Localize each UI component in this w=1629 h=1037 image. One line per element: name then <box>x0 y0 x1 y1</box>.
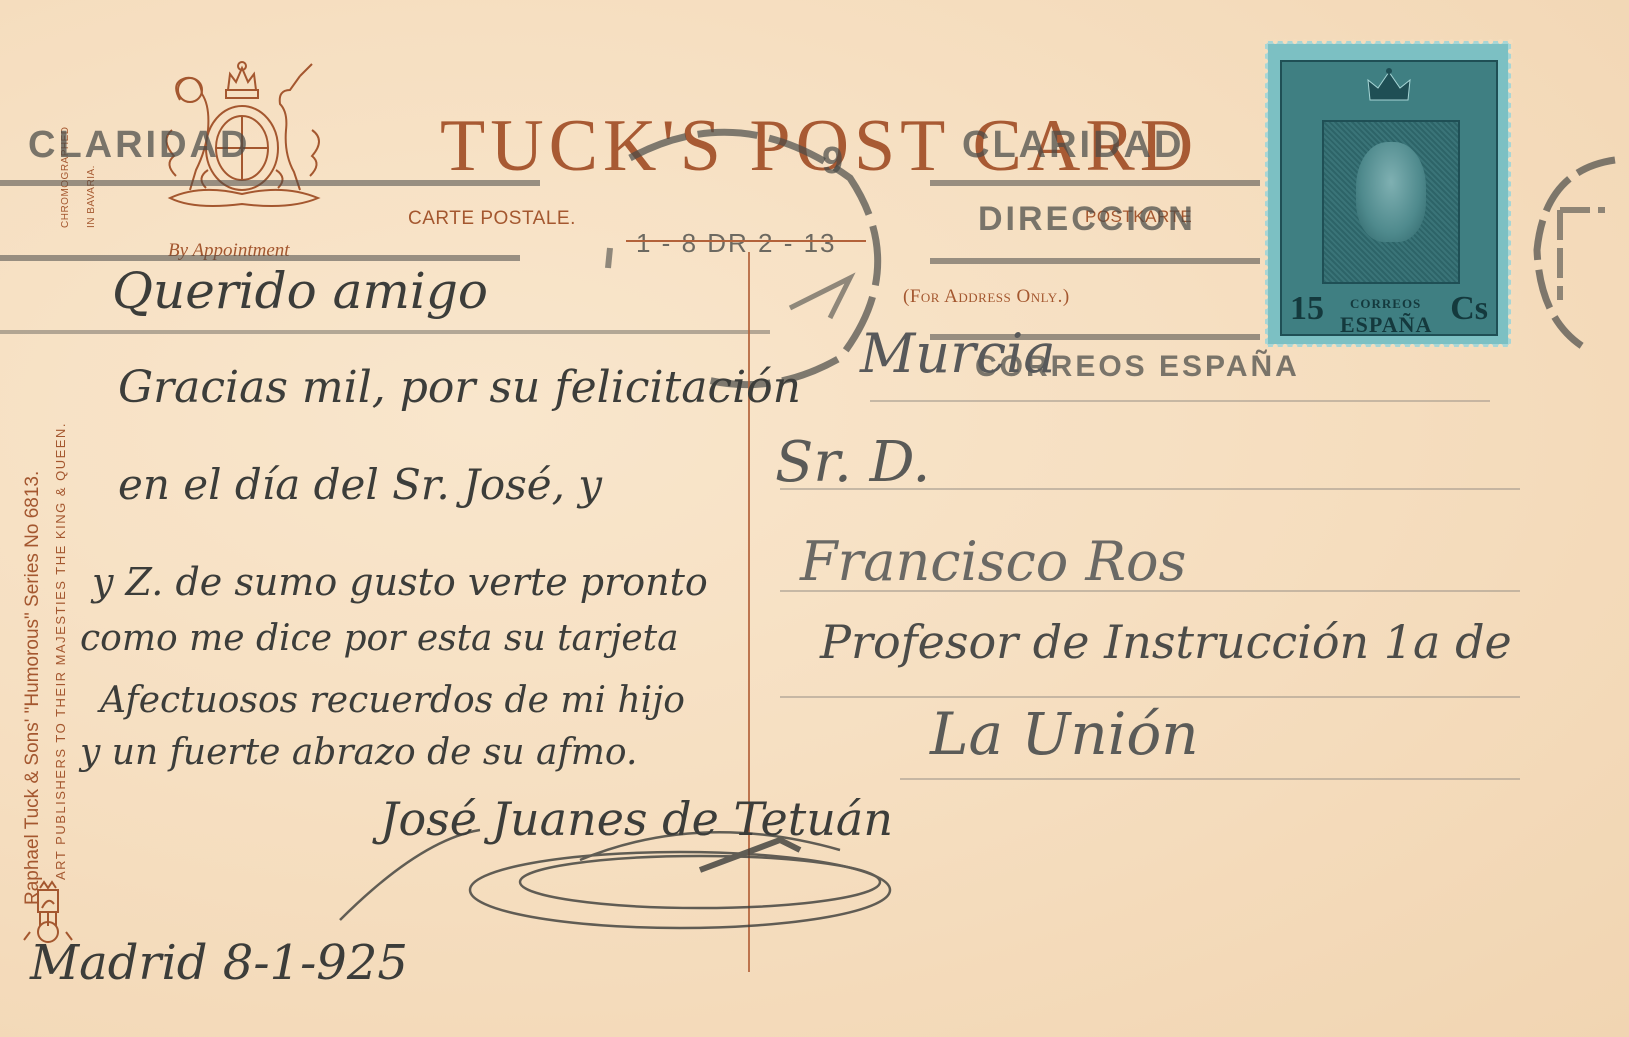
address-line <box>780 696 1520 698</box>
address-title: Profesor de Instrucción 1a de <box>820 615 1512 669</box>
message-line: como me dice por esta su tarjeta <box>80 618 679 659</box>
message-line: Gracias mil, por su felicitación <box>118 362 801 413</box>
stamp-value: 15 <box>1290 290 1324 328</box>
cancel-bar <box>930 258 1260 264</box>
stamp-country: ESPAÑA <box>1340 312 1432 338</box>
signature-flourish <box>280 820 920 940</box>
series-imprint: Raphael Tuck & Sons' "Humorous" Series N… <box>22 471 44 905</box>
address-city: Murcia <box>860 322 1056 385</box>
stamp-currency: Cs <box>1450 290 1488 328</box>
cancel-slogan-right: CLARIDAD <box>962 124 1184 167</box>
address-name: Francisco Ros <box>800 530 1186 593</box>
cancel-bar <box>0 255 520 261</box>
place-date: Madrid 8-1-925 <box>30 935 408 991</box>
message-line: y Z. de sumo gusto verte pronto <box>92 560 708 604</box>
for-address-only-label: (For Address Only.) <box>903 286 1070 308</box>
message-line: y un fuerte abrazo de su afmo. <box>80 732 637 773</box>
greeting: Querido amigo <box>112 262 488 320</box>
stamp-portrait <box>1322 120 1460 284</box>
address-line <box>870 400 1490 402</box>
publishers-imprint: ART PUBLISHERS TO THEIR MAJESTIES THE KI… <box>53 422 68 880</box>
carte-postale-label: CARTE POSTALE. <box>408 208 576 230</box>
cancel-direccion: DIRECCION <box>978 200 1196 239</box>
message-line: en el día del Sr. José, y <box>118 460 602 509</box>
crown-icon <box>1364 66 1414 106</box>
divider-top <box>626 240 866 242</box>
cancel-slogan-left: CLARIDAD <box>28 124 250 167</box>
circular-postmark-right <box>1515 150 1629 350</box>
address-honorific: Sr. D. <box>775 430 930 495</box>
postmark-circle-number: 9 <box>822 140 843 183</box>
address-town: La Unión <box>930 700 1199 768</box>
king-portrait-icon <box>1356 142 1426 242</box>
message-line: Afectuosos recuerdos de mi hijo <box>100 680 685 721</box>
stamp-frame: 15 Cs CORREOS ESPAÑA <box>1280 60 1498 336</box>
address-line <box>900 778 1520 780</box>
postcard: TUCK'S POST CARD CARTE POSTALE. POSTKART… <box>0 0 1629 1037</box>
postmark-date: 1 - 8 DR 2 - 13 <box>636 228 837 259</box>
cancel-bar <box>930 180 1260 186</box>
postage-stamp: 15 Cs CORREOS ESPAÑA <box>1268 44 1508 344</box>
cancel-bar <box>0 180 540 186</box>
bavaria-imprint: IN BAVARIA. <box>86 165 97 228</box>
stamp-label: CORREOS <box>1350 296 1421 312</box>
